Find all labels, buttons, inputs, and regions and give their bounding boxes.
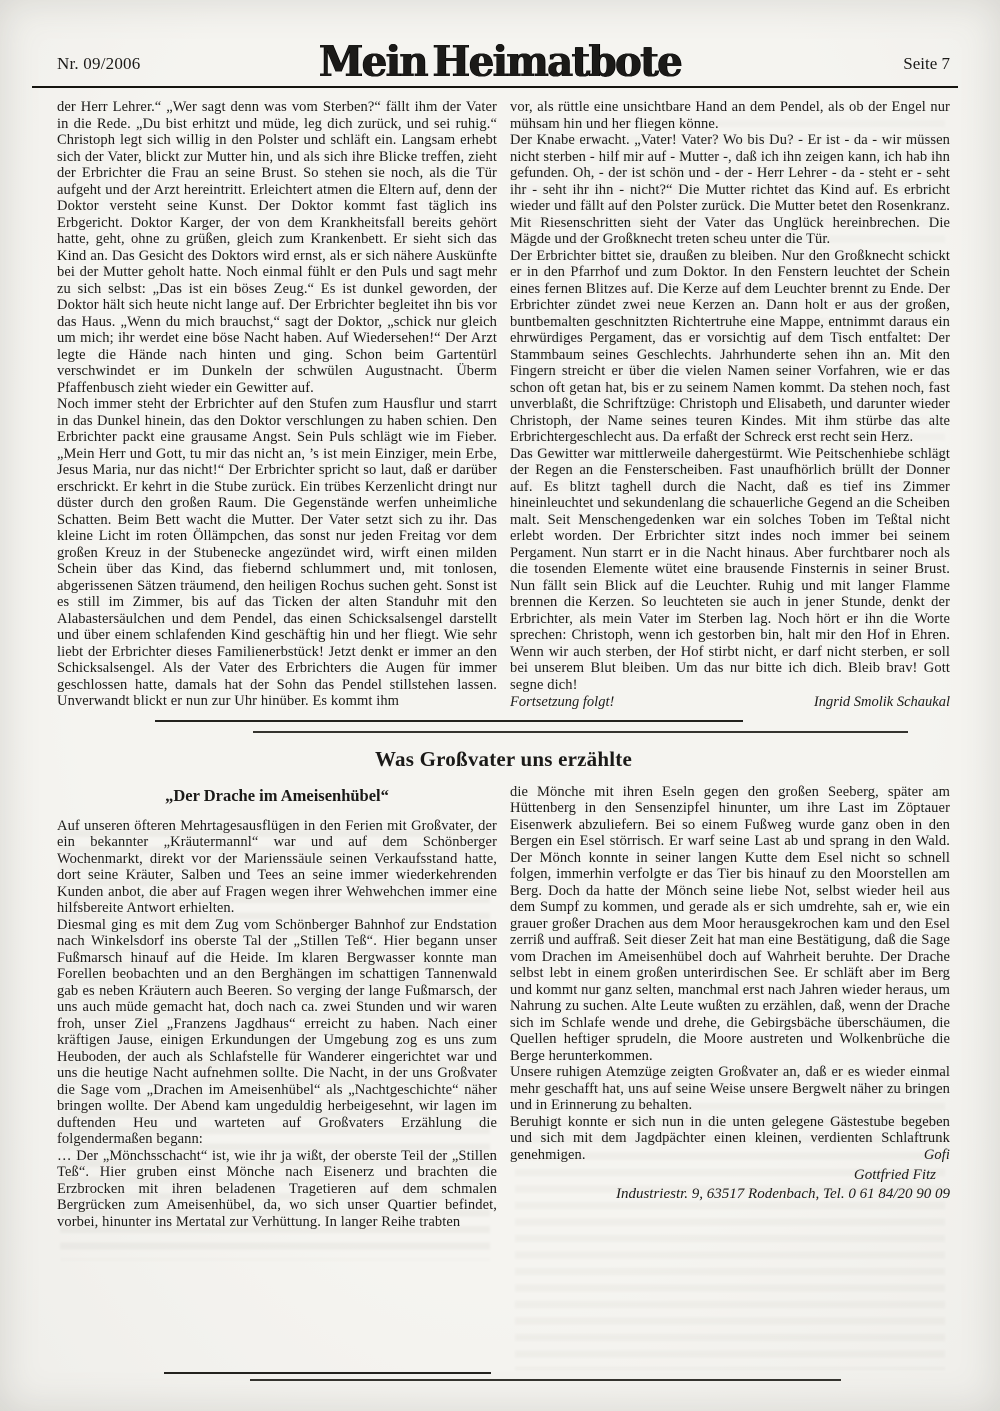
masthead-title: Mein Heimatbote xyxy=(0,41,1000,83)
story1-right-column: vor, als rüttle eine unsichtbare Hand an… xyxy=(510,99,950,711)
paragraph: Noch immer steht der Erbrichter auf den … xyxy=(57,396,497,710)
paragraph: Der Erbrichter bittet sie, draußen zu bl… xyxy=(510,248,950,446)
paragraph: die Mönche mit ihren Eseln gegen den gro… xyxy=(510,784,950,1065)
closing-paragraph: Beruhigt konnte er sich nun in die unten… xyxy=(510,1114,950,1164)
section-divider xyxy=(57,711,950,745)
grandfather-story-section: Was Großvater uns erzählte „Der Drache i… xyxy=(57,747,950,1231)
page-number: Seite 7 xyxy=(903,54,950,74)
footer-line xyxy=(250,1379,841,1381)
story1-author: Ingrid Smolik Schaukal xyxy=(814,694,950,711)
story2-right-column: die Mönche mit ihren Eseln gegen den gro… xyxy=(510,784,950,1231)
paragraph: … Der „Mönchsschacht“ ist, wie ihr ja wi… xyxy=(57,1148,497,1231)
newspaper-page: Nr. 09/2006 Mein Heimatbote Seite 7 der … xyxy=(0,0,1000,1411)
closing-text: Beruhigt konnte er sich nun in die unten… xyxy=(510,1114,950,1163)
author-name: Gottfried Fitz xyxy=(510,1167,936,1184)
inline-signature: Gofi xyxy=(924,1147,950,1164)
story-title: „Der Drache im Ameisenhübel“ xyxy=(57,786,497,806)
story1-signature-row: Fortsetzung folgt! Ingrid Smolik Schauka… xyxy=(510,694,950,711)
paragraph: Auf unseren öfteren Mehrtagesausflügen i… xyxy=(57,818,497,917)
footer-line xyxy=(164,1372,491,1374)
page-header: Nr. 09/2006 Mein Heimatbote Seite 7 xyxy=(0,0,1000,82)
paragraph: Unsere ruhigen Atemzüge zeigten Großvate… xyxy=(510,1064,950,1114)
paragraph: vor, als rüttle eine unsichtbare Hand an… xyxy=(510,99,950,132)
paragraph: Diesmal ging es mit dem Zug vom Schönber… xyxy=(57,917,497,1148)
story1-left-column: der Herr Lehrer.“ „Wer sagt denn was vom… xyxy=(57,99,497,711)
paragraph: Das Gewitter war mittlerweile dahergestü… xyxy=(510,446,950,694)
continuation-note: Fortsetzung folgt! xyxy=(510,694,614,711)
divider-line xyxy=(155,720,743,722)
story2-left-column: „Der Drache im Ameisenhübel“ Auf unseren… xyxy=(57,784,497,1231)
story-continuation-section: der Herr Lehrer.“ „Wer sagt denn was vom… xyxy=(57,99,950,711)
page-body: der Herr Lehrer.“ „Wer sagt denn was vom… xyxy=(0,88,1000,1230)
author-address: Industriestr. 9, 63517 Rodenbach, Tel. 0… xyxy=(510,1186,950,1203)
section-title: Was Großvater uns erzählte xyxy=(57,747,950,772)
paragraph: der Herr Lehrer.“ „Wer sagt denn was vom… xyxy=(57,99,497,396)
paragraph: Der Knabe erwacht. „Vater! Vater? Wo bis… xyxy=(510,132,950,248)
divider-line xyxy=(253,731,908,733)
